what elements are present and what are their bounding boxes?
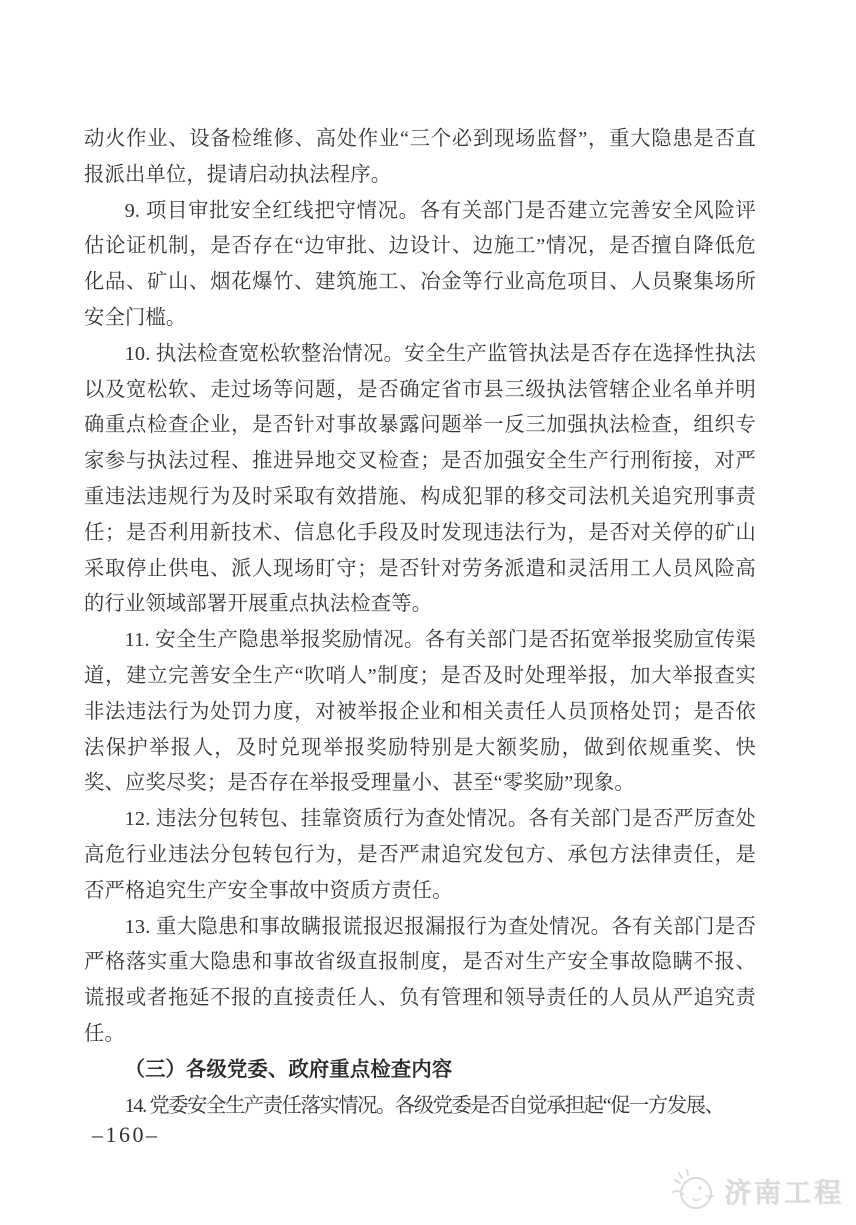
paragraph-item-12: 12. 违法分包转包、挂靠资质行为查处情况。各有关部门是否严厉查处高危行业违法分… xyxy=(84,802,756,909)
document-body: 动火作业、设备检维修、高处作业“三个必到现场监督”，重大隐患是否直报派出单位，提… xyxy=(84,122,756,1124)
mascot-icon xyxy=(667,1166,719,1214)
section-heading-3: （三）各级党委、政府重点检查内容 xyxy=(84,1053,756,1089)
document-page: 动火作业、设备检维修、高处作业“三个必到现场监督”，重大隐患是否直报派出单位，提… xyxy=(0,0,856,1225)
paragraph-item-14: 14. 党委安全生产责任落实情况。各级党委是否自觉承担起“促一方发展、 xyxy=(84,1089,756,1125)
paragraph-item-10: 10. 执法检查宽松软整治情况。安全生产监管执法是否存在选择性执法以及宽松软、走… xyxy=(84,337,756,623)
page-number: –160– xyxy=(92,1122,160,1148)
paragraph-item-9: 9. 项目审批安全红线把守情况。各有关部门是否建立完善安全风险评估论证机制，是否… xyxy=(84,194,756,337)
paragraph-hotwork-continuation: 动火作业、设备检维修、高处作业“三个必到现场监督”，重大隐患是否直报派出单位，提… xyxy=(84,122,756,194)
watermark-label: 济南工程 xyxy=(724,1171,844,1210)
paragraph-item-11: 11. 安全生产隐患举报奖励情况。各有关部门是否拓宽举报奖励宣传渠道，建立完善安… xyxy=(84,623,756,802)
paragraph-item-13: 13. 重大隐患和事故瞒报谎报迟报漏报行为查处情况。各有关部门是否严格落实重大隐… xyxy=(84,910,756,1053)
watermark-logo: 济南工程 xyxy=(667,1166,844,1214)
